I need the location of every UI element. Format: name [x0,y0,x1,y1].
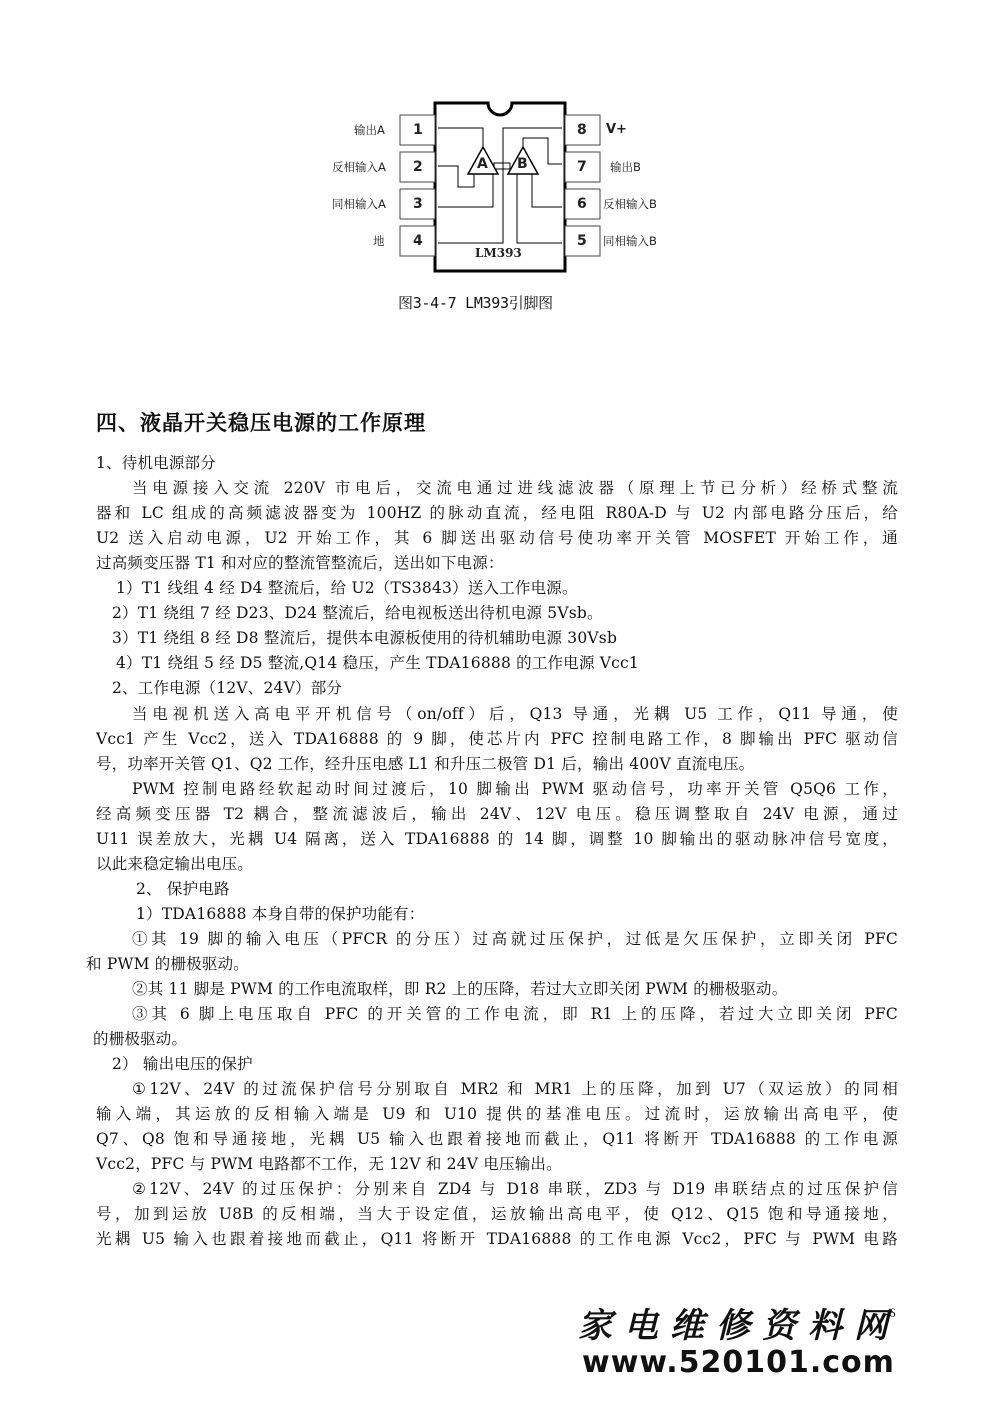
section-heading: 四、液晶开关稳压电源的工作原理 [96,407,426,437]
lm393-pinout-figure: A B LM393 1 2 3 4 8 7 6 5 输出A 反相输入A 同相输入… [320,95,680,275]
text-line: 1、待机电源部分 [96,453,216,473]
text-line: 1）T1 线组 4 经 D4 整流后，给 U2（TS3843）送入工作电源。 [116,578,578,598]
text-line: 4）T1 绕组 5 经 D5 整流,Q14 稳压，产生 TDA16888 的工作… [116,653,639,673]
text-line: 以此来稳定输出电压。 [96,854,253,874]
figure-caption: 图3-4-7 LM393引脚图 [398,292,553,313]
pin-6-label: 反相输入B [603,196,657,212]
watermark-url: www.520101.com [582,1345,895,1380]
text-line: 2） 输出电压的保护 [112,1054,253,1074]
text-line: ③其 6 脚上电压取自 PFC 的开关管的工作电流，即 R1 上的压降，若过大立… [132,1004,898,1024]
text-line: 经高频变压器 T2 耦合，整流滤波后，输出 24V、12V 电压。稳压调整取自 … [96,804,898,824]
pin-3-label: 同相输入A [332,196,386,212]
text-line: 和 PWM 的栅极驱动。 [86,954,249,974]
text-line: 当电源接入交流 220V 市电后，交流电通过进线滤波器（原理上节已分析）经桥式整… [132,478,898,498]
text-line: ①12V、24V 的过流保护信号分别取自 MR2 和 MR1 上的压降，加到 U… [132,1079,898,1099]
pin-1-number: 1 [413,122,423,138]
pin-7-number: 7 [577,159,587,175]
comparator-b-label: B [517,156,528,172]
text-line: 光耦 U5 输入也跟着接地而截止，Q11 将断开 TDA16888 的工作电源 … [96,1229,898,1249]
pin-6-number: 6 [577,196,587,212]
text-line: U11 误差放大，光耦 U4 隔离，送入 TDA16888 的 14 脚，调整 … [96,829,898,849]
text-line: 输入端，其运放的反相输入端是 U9 和 U10 提供的基准电压。过流时，运放输出… [96,1104,898,1124]
text-line: 号，加到运放 U8B 的反相端，当大于设定值，运放输出高电平，使 Q12、Q15… [96,1204,898,1224]
pin-4-number: 4 [413,233,423,249]
pin-1-label: 输出A [354,122,385,138]
pin-8-label: V+ [606,122,627,137]
text-line: ②其 11 脚是 PWM 的工作电流取样，即 R2 上的压降，若过大立即关闭 P… [132,979,787,999]
pin-4-label: 地 [373,233,385,249]
text-line: Vcc1 产生 Vcc2，送入 TDA16888 的 9 脚，使芯片内 PFC … [96,729,898,749]
text-line: PWM 控制电路经软起动时间过渡后，10 脚输出 PWM 驱动信号，功率开关管 … [132,779,898,799]
pin-7-label: 输出B [610,159,641,175]
watermark-logo: 家电维修资料网 [578,1298,900,1347]
text-line: 过高频变压器 T1 和对应的整流管整流后，送出如下电源： [96,553,504,573]
text-line: Q7、Q8 饱和导通接地，光耦 U5 输入也跟着接地而截止，Q11 将断开 TD… [96,1129,898,1149]
page-number: 6 [889,1305,896,1321]
text-line: 2、 保护电路 [136,879,230,899]
text-line: 2、工作电源（12V、24V）部分 [112,678,342,698]
chip-label: LM393 [475,246,522,260]
text-line: 号，功率开关管 Q1、Q2 工作，经升压电感 L1 和升压二极管 D1 后，输出… [96,754,754,774]
text-line: U2 送入启动电源，U2 开始工作，其 6 脚送出驱动信号使功率开关管 MOSF… [96,528,898,548]
text-line: ①其 19 脚的输入电压（PFCR 的分压）过高就过压保护，过低是欠压保护，立即… [132,929,898,949]
comparator-a-label: A [477,156,488,172]
pin-5-label: 同相输入B [603,233,657,249]
pin-3-number: 3 [413,196,423,212]
pin-2-number: 2 [413,159,423,175]
text-line: 的栅极驱动。 [93,1029,187,1049]
pin-2-label: 反相输入A [332,159,386,175]
text-line: ②12V、24V 的过压保护：分别来自 ZD4 与 D18 串联，ZD3 与 D… [132,1179,898,1199]
pin-5-number: 5 [577,233,587,249]
text-line: 2）T1 绕组 7 经 D23、D24 整流后，给电视板送出待机电源 5Vsb。 [112,603,603,623]
text-line: Vcc2，PFC 与 PWM 电路都不工作，无 12V 和 24V 电压输出。 [96,1154,562,1174]
document-page: A B LM393 1 2 3 4 8 7 6 5 输出A 反相输入A 同相输入… [0,0,993,1404]
text-line: 3）T1 绕组 8 经 D8 整流后，提供本电源板使用的待机辅助电源 30Vsb [112,628,617,648]
text-line: 器和 LC 组成的高频滤波器变为 100HZ 的脉动直流，经电阻 R80A-D … [96,503,898,523]
text-line: 当电视机送入高电平开机信号（on/off）后，Q13 导通，光耦 U5 工作，Q… [132,704,898,724]
text-line: 1）TDA16888 本身自带的保护功能有： [136,904,424,924]
pin-8-number: 8 [577,122,587,138]
